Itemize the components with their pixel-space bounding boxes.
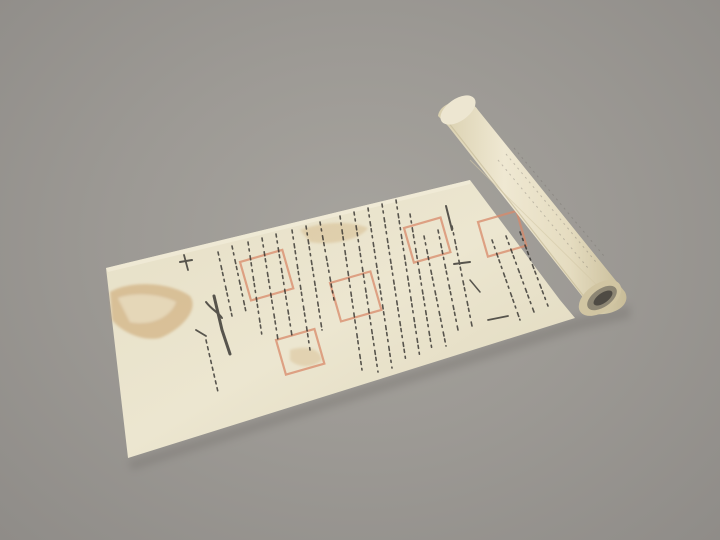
photo-scene [0, 0, 720, 540]
scroll-illustration [0, 0, 720, 540]
